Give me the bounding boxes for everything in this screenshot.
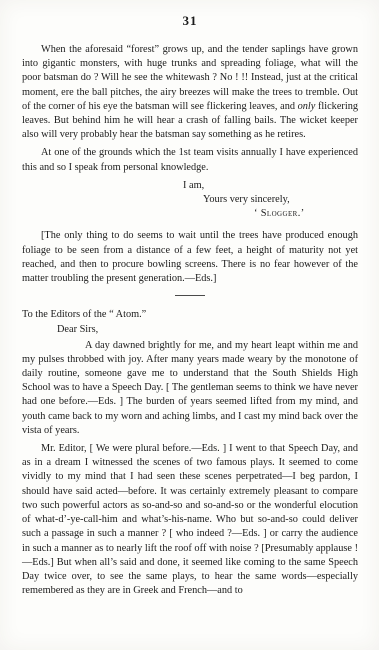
editors-note: [The only thing to do seems to wait unti…	[22, 229, 358, 286]
signature-slogger: ‘ Slogger.’	[254, 207, 358, 221]
paragraph-forest: When the aforesaid “forest” grows up, an…	[22, 43, 358, 142]
section-divider	[175, 295, 205, 296]
paragraph-grounds: At one of the grounds which the 1st team…	[22, 146, 358, 174]
italic-word-only: only	[298, 101, 316, 112]
valediction-line-sincerely: Yours very sincerely,	[203, 193, 358, 207]
page-number: 31	[22, 13, 358, 28]
paragraph-mr-editor: Mr. Editor, [ We were plural before.—Eds…	[22, 442, 358, 598]
letter-addressee: To the Editors of the “ Atom.”	[22, 308, 358, 322]
valediction-line-i-am: I am,	[183, 179, 358, 193]
valediction-block: I am, Yours very sincerely, ‘ Slogger.’	[22, 179, 358, 222]
paragraph-speech-day: A day dawned brightly for me, and my hea…	[22, 339, 358, 438]
letter-salutation: Dear Sirs,	[57, 323, 358, 337]
scanned-book-page: 31 When the aforesaid “forest” grows up,…	[0, 0, 379, 650]
